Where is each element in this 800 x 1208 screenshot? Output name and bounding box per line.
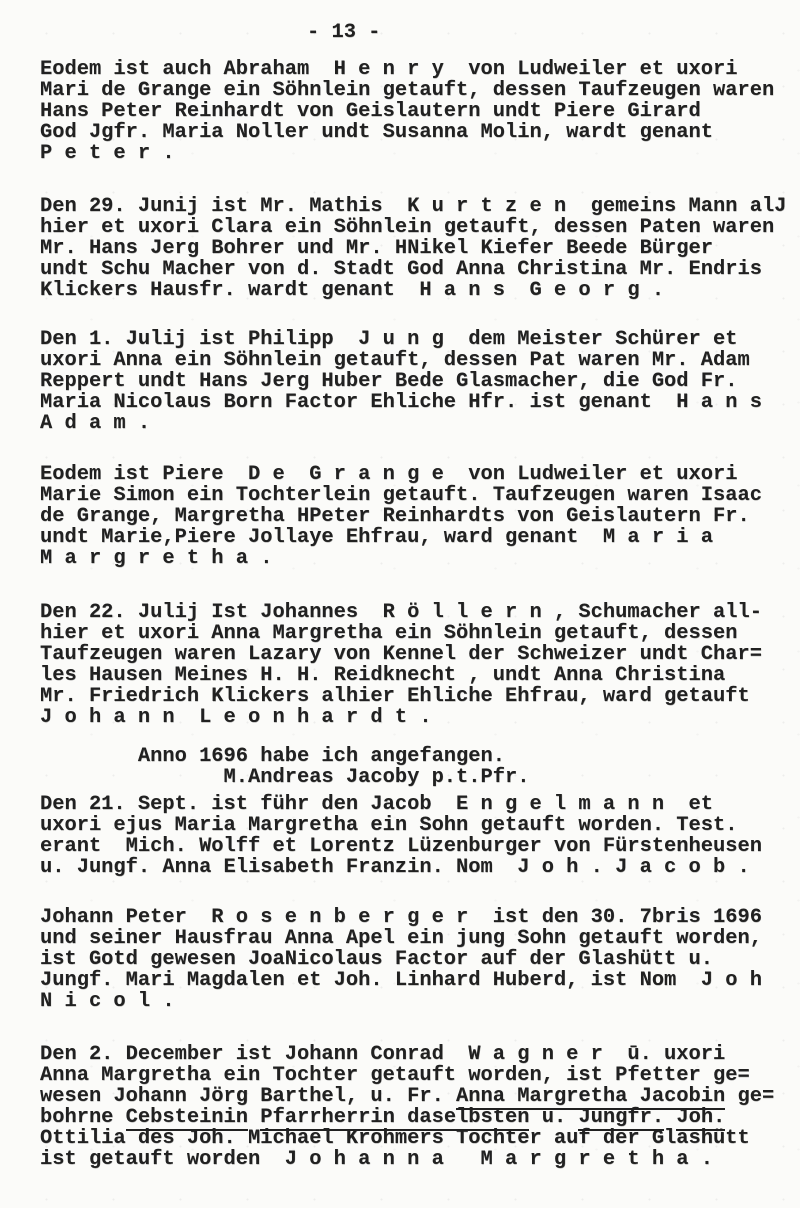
text-segment: Den 2. December ist Johann Conrad W a g …: [40, 1043, 725, 1066]
text-line: Anna Margretha ein Tochter getauft worde…: [40, 1065, 800, 1086]
text-line: und seiner Hausfrau Anna Apel ein jung S…: [40, 928, 800, 949]
text-segment: u. Jungf. Anna Elisabeth Franzin. Nom J …: [40, 856, 750, 879]
entry-kurtzen: Den 29. Junij ist Mr. Mathis K u r t z e…: [40, 196, 800, 301]
text-line: N i c o l .: [40, 991, 800, 1012]
entry-roellern: Den 22. Julij Ist Johannes R ö l l e r n…: [40, 602, 800, 728]
text-segment: J o h a n n L e o n h a r d t .: [40, 706, 432, 729]
text-segment: de Grange, Margretha HPeter Reinhardts v…: [40, 505, 750, 528]
text-line: Mari de Grange ein Söhnlein getauft, des…: [40, 80, 800, 101]
entry-de-grange: Eodem ist Piere D e G r a n g e von Ludw…: [40, 464, 800, 569]
text-segment: Marie Simon ein Tochterlein getauft. Tau…: [40, 484, 762, 507]
text-line: hier et uxori Clara ein Söhnlein getauft…: [40, 217, 800, 238]
entry-henry: Eodem ist auch Abraham H e n r y von Lud…: [40, 59, 800, 164]
text-line: hier et uxori Anna Margretha ein Söhnlei…: [40, 623, 800, 644]
text-segment: M.Andreas Jacoby p.t.Pfr.: [40, 766, 529, 789]
text-segment: ist getauft worden J o h a n n a M a r g…: [40, 1148, 713, 1171]
text-segment: undt Schu Macher von d. Stadt God Anna C…: [40, 258, 762, 281]
text-segment: Maria Nicolaus Born Factor Ehliche Hfr. …: [40, 391, 762, 414]
text-segment: Jungf. Mari Magdalen et Joh. Linhard Hub…: [40, 969, 762, 992]
text-segment: hier et uxori Clara ein Söhnlein getauft…: [40, 216, 774, 239]
text-line: Klickers Hausfr. wardt genant H a n s G …: [40, 280, 800, 301]
text-line: Marie Simon ein Tochterlein getauft. Tau…: [40, 485, 800, 506]
text-line: M.Andreas Jacoby p.t.Pfr.: [40, 767, 800, 788]
text-line: erant Mich. Wolff et Lorentz Lüzenburger…: [40, 836, 800, 857]
text-segment: undt Marie,Piere Jollaye Ehfrau, ward ge…: [40, 526, 713, 549]
text-line: undt Marie,Piere Jollaye Ehfrau, ward ge…: [40, 527, 800, 548]
text-line: ist getauft worden J o h a n n a M a r g…: [40, 1149, 800, 1170]
text-line: A d a m .: [40, 413, 800, 434]
text-segment: Mr. Friedrich Klickers alhier Ehliche Eh…: [40, 685, 750, 708]
text-segment: Mr. Hans Jerg Bohrer und Mr. HNikel Kief…: [40, 237, 713, 260]
text-line: Mr. Friedrich Klickers alhier Ehliche Eh…: [40, 686, 800, 707]
text-segment: Anna Margretha ein Tochter getauft worde…: [40, 1064, 750, 1087]
text-segment: Den 29. Junij ist Mr. Mathis K u r t z e…: [40, 195, 786, 218]
text-segment: erant Mich. Wolff et Lorentz Lüzenburger…: [40, 835, 762, 858]
text-line: ist Gotd gewesen JoaNicolaus Factor auf …: [40, 949, 800, 970]
text-line: Den 21. Sept. ist führ den Jacob E n g e…: [40, 794, 800, 815]
text-segment: ge=: [725, 1085, 774, 1108]
text-line: undt Schu Macher von d. Stadt God Anna C…: [40, 259, 800, 280]
text-line: M a r g r e t h a .: [40, 548, 800, 569]
text-segment: Eodem ist auch Abraham H e n r y von Lud…: [40, 58, 737, 81]
text-segment: [664, 1106, 676, 1129]
text-line: Johann Peter R o s e n b e r g e r ist d…: [40, 907, 800, 928]
text-line: Eodem ist auch Abraham H e n r y von Lud…: [40, 59, 800, 80]
note-anno-1696: Anno 1696 habe ich angefangen. M.Andreas…: [40, 746, 800, 788]
text-line: Eodem ist Piere D e G r a n g e von Ludw…: [40, 464, 800, 485]
text-line: bohrne Cebsteinin Pfarrherrin daselbsten…: [40, 1107, 800, 1128]
text-line: Hans Peter Reinhardt von Geislautern und…: [40, 101, 800, 122]
text-segment: uxori ejus Maria Margretha ein Sohn geta…: [40, 814, 737, 837]
text-line: J o h a n n L e o n h a r d t .: [40, 707, 800, 728]
text-line: u. Jungf. Anna Elisabeth Franzin. Nom J …: [40, 857, 800, 878]
document-page: - 13 - Eodem ist auch Abraham H e n r y …: [0, 0, 800, 1208]
text-segment: uxori Anna ein Söhnlein getauft, dessen …: [40, 349, 750, 372]
text-line: Den 22. Julij Ist Johannes R ö l l e r n…: [40, 602, 800, 623]
records-list: Eodem ist auch Abraham H e n r y von Lud…: [40, 59, 800, 1170]
entry-rosenberger: Johann Peter R o s e n b e r g e r ist d…: [40, 907, 800, 1012]
text-segment: bohrne: [40, 1106, 126, 1129]
text-segment: Eodem ist Piere D e G r a n g e von Ludw…: [40, 463, 737, 486]
text-segment: [248, 1106, 260, 1129]
text-segment: Johann Peter R o s e n b e r g e r ist d…: [40, 906, 762, 929]
text-segment: Den 22. Julij Ist Johannes R ö l l e r n…: [40, 601, 762, 624]
entry-jung: Den 1. Julij ist Philipp J u n g dem Mei…: [40, 329, 800, 434]
text-line: wesen Johann Jörg Barthel, u. Fr. Anna M…: [40, 1086, 800, 1107]
text-line: Maria Nicolaus Born Factor Ehliche Hfr. …: [40, 392, 800, 413]
text-line: Jungf. Mari Magdalen et Joh. Linhard Hub…: [40, 970, 800, 991]
text-line: God Jgfr. Maria Noller undt Susanna Moli…: [40, 122, 800, 143]
text-segment: A d a m .: [40, 412, 150, 435]
text-segment: Den 21. Sept. ist führ den Jacob E n g e…: [40, 793, 713, 816]
text-segment: Hans Peter Reinhardt von Geislautern und…: [40, 100, 701, 123]
text-segment: Reppert undt Hans Jerg Huber Bede Glasma…: [40, 370, 737, 393]
text-segment: Mari de Grange ein Söhnlein getauft, des…: [40, 79, 774, 102]
entry-wagner: Den 2. December ist Johann Conrad W a g …: [40, 1044, 800, 1170]
text-line: Reppert undt Hans Jerg Huber Bede Glasma…: [40, 371, 800, 392]
text-line: P e t e r .: [40, 143, 800, 164]
text-segment: P e t e r .: [40, 142, 175, 165]
text-line: uxori ejus Maria Margretha ein Sohn geta…: [40, 815, 800, 836]
text-segment: wesen Johann Jörg Barthel, u. Fr.: [40, 1085, 456, 1108]
text-line: Den 1. Julij ist Philipp J u n g dem Mei…: [40, 329, 800, 350]
text-segment: Den 1. Julij ist Philipp J u n g dem Mei…: [40, 328, 737, 351]
text-segment: God Jgfr. Maria Noller undt Susanna Moli…: [40, 121, 713, 144]
text-segment: u.: [529, 1106, 578, 1129]
page-number: - 13 -: [307, 22, 800, 43]
text-line: uxori Anna ein Söhnlein getauft, dessen …: [40, 350, 800, 371]
text-line: Anno 1696 habe ich angefangen.: [40, 746, 800, 767]
text-segment: les Hausen Meines H. H. Reidknecht , und…: [40, 664, 725, 687]
text-segment: hier et uxori Anna Margretha ein Söhnlei…: [40, 622, 737, 645]
text-line: de Grange, Margretha HPeter Reinhardts v…: [40, 506, 800, 527]
text-line: Mr. Hans Jerg Bohrer und Mr. HNikel Kief…: [40, 238, 800, 259]
text-line: Ottilia des Joh. Michael Krohmers Tochte…: [40, 1128, 800, 1149]
text-line: Taufzeugen waren Lazary von Kennel der S…: [40, 644, 800, 665]
text-segment: ist Gotd gewesen JoaNicolaus Factor auf …: [40, 948, 713, 971]
entry-engelmann: Den 21. Sept. ist führ den Jacob E n g e…: [40, 794, 800, 878]
text-segment: M a r g r e t h a .: [40, 547, 273, 570]
text-segment: N i c o l .: [40, 990, 175, 1013]
text-segment: Anno 1696 habe ich angefangen.: [40, 745, 505, 768]
text-segment: Klickers Hausfr. wardt genant H a n s G …: [40, 279, 664, 302]
text-line: Den 29. Junij ist Mr. Mathis K u r t z e…: [40, 196, 800, 217]
text-segment: Ottilia des Joh. Michael Krohmers Tochte…: [40, 1127, 750, 1150]
text-line: les Hausen Meines H. H. Reidknecht , und…: [40, 665, 800, 686]
text-segment: Taufzeugen waren Lazary von Kennel der S…: [40, 643, 762, 666]
text-line: Den 2. December ist Johann Conrad W a g …: [40, 1044, 800, 1065]
text-segment: und seiner Hausfrau Anna Apel ein jung S…: [40, 927, 762, 950]
